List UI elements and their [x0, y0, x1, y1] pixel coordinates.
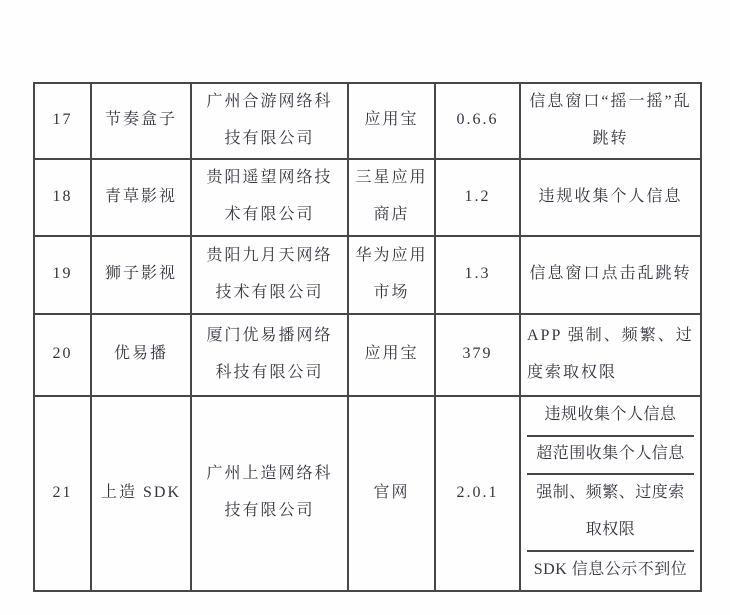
app-name-cell: 狮子影视: [91, 236, 191, 314]
document-page: 17 节奏盒子 广州合游网络科技有限公司 应用宝 0.6.6 信息窗口“摇一摇”…: [0, 0, 730, 615]
table-row: 21 上造 SDK 广州上造网络科技有限公司 官网 2.0.1 违规收集个人信息…: [34, 396, 701, 591]
row-index-cell: 20: [34, 314, 91, 396]
app-name-cell: 优易播: [91, 314, 191, 396]
issue-cell: 信息窗口点击乱跳转: [520, 236, 701, 314]
row-index-cell: 17: [34, 83, 91, 159]
table-row: 17 节奏盒子 广州合游网络科技有限公司 应用宝 0.6.6 信息窗口“摇一摇”…: [34, 83, 701, 159]
company-cell: 广州上造网络科技有限公司: [191, 396, 348, 591]
store-cell: 华为应用市场: [348, 236, 435, 314]
issue-subcell: 违规收集个人信息: [527, 397, 694, 435]
table-row: 20 优易播 厦门优易播网络科技有限公司 应用宝 379 APP 强制、频繁、过…: [34, 314, 701, 396]
app-name-cell: 节奏盒子: [91, 83, 191, 159]
issue-subcell-list: 违规收集个人信息 超范围收集个人信息 强制、频繁、过度索取权限 SDK 信息公示…: [527, 397, 694, 590]
row-index-cell: 21: [34, 396, 91, 591]
store-cell: 三星应用商店: [348, 159, 435, 236]
issue-subcell: 强制、频繁、过度索取权限: [527, 473, 694, 550]
store-cell: 应用宝: [348, 83, 435, 159]
issue-cell: 信息窗口“摇一摇”乱跳转: [520, 83, 701, 159]
company-cell: 贵阳九月天网络技术有限公司: [191, 236, 348, 314]
store-cell: 官网: [348, 396, 435, 591]
company-cell: 贵阳遥望网络技术有限公司: [191, 159, 348, 236]
version-cell: 1.2: [435, 159, 520, 236]
company-cell: 厦门优易播网络科技有限公司: [191, 314, 348, 396]
row-index-cell: 18: [34, 159, 91, 236]
issue-cell-group: 违规收集个人信息 超范围收集个人信息 强制、频繁、过度索取权限 SDK 信息公示…: [520, 396, 701, 591]
version-cell: 0.6.6: [435, 83, 520, 159]
app-name-cell: 上造 SDK: [91, 396, 191, 591]
issue-subcell: 超范围收集个人信息: [527, 435, 694, 473]
row-index-cell: 19: [34, 236, 91, 314]
issue-cell: APP 强制、频繁、过度索取权限: [520, 314, 701, 396]
issue-cell: 违规收集个人信息: [520, 159, 701, 236]
version-cell: 1.3: [435, 236, 520, 314]
table-row: 18 青草影视 贵阳遥望网络技术有限公司 三星应用商店 1.2 违规收集个人信息: [34, 159, 701, 236]
store-cell: 应用宝: [348, 314, 435, 396]
company-cell: 广州合游网络科技有限公司: [191, 83, 348, 159]
version-cell: 2.0.1: [435, 396, 520, 591]
app-violation-table: 17 节奏盒子 广州合游网络科技有限公司 应用宝 0.6.6 信息窗口“摇一摇”…: [33, 82, 702, 592]
table-row: 19 狮子影视 贵阳九月天网络技术有限公司 华为应用市场 1.3 信息窗口点击乱…: [34, 236, 701, 314]
version-cell: 379: [435, 314, 520, 396]
app-name-cell: 青草影视: [91, 159, 191, 236]
issue-subcell: SDK 信息公示不到位: [527, 550, 694, 590]
